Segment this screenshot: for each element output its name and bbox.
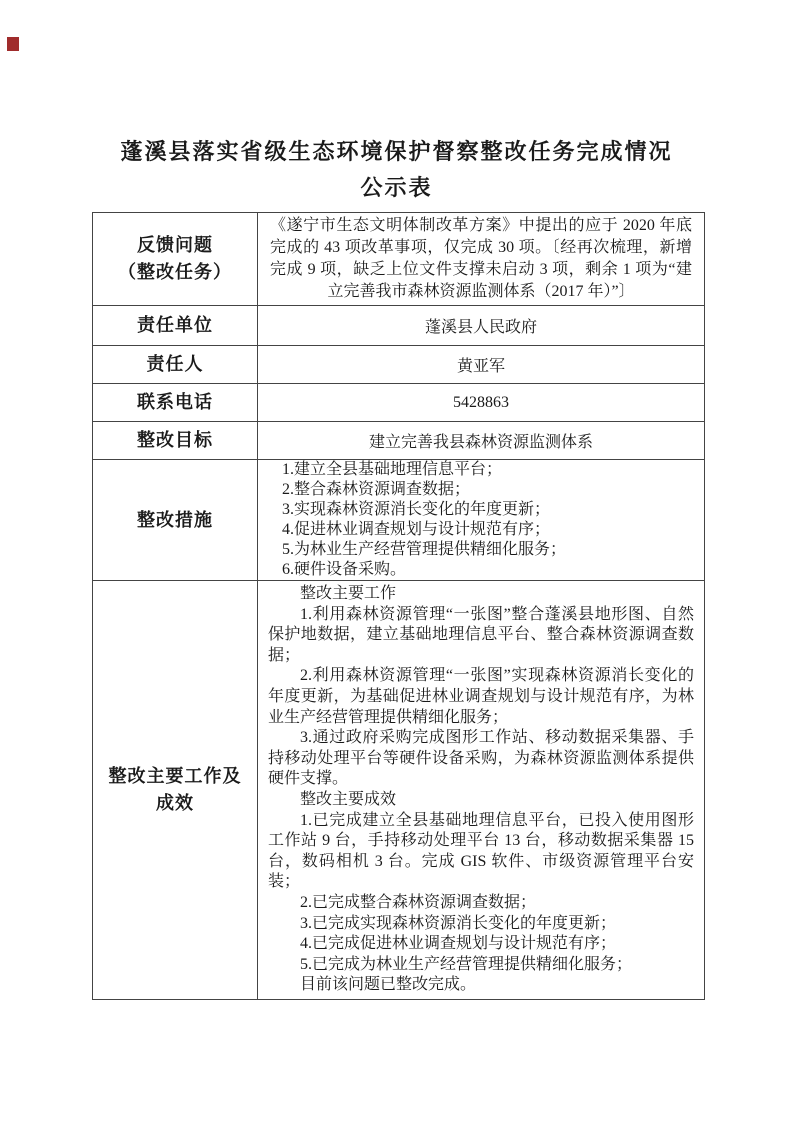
main-work-value-cell: 整改主要工作 1.利用森林资源管理“一张图”整合蓬溪县地形图、自然保护地数据，建… [258, 581, 705, 1000]
row-label: 成效 [93, 790, 257, 817]
list-item: 2.整合森林资源调查数据； [282, 480, 696, 500]
page-title: 蓬溪县落实省级生态环境保护督察整改任务完成情况 公示表 [0, 134, 793, 206]
list-item: 4.促进林业调查规划与设计规范有序； [282, 520, 696, 540]
rectification-measures-value-cell: 1.建立全县基础地理信息平台； 2.整合森林资源调查数据； 3.实现森林资源消长… [258, 460, 705, 581]
rectification-status-table: 反馈问题 （整改任务） 《遂宁市生态文明体制改革方案》中提出的应于 2020 年… [92, 212, 705, 1000]
paragraph: 目前该问题已整改完成。 [268, 975, 694, 996]
responsible-unit-value-cell: 蓬溪县人民政府 [258, 306, 705, 346]
table-row-rectification-measures: 整改措施 1.建立全县基础地理信息平台； 2.整合森林资源调查数据； 3.实现森… [93, 460, 705, 581]
row-label: 反馈问题 [93, 232, 257, 259]
feedback-issue-label-cell: 反馈问题 （整改任务） [93, 213, 258, 306]
page-title-line1: 蓬溪县落实省级生态环境保护督察整改任务完成情况 [120, 139, 672, 164]
table-row-rectification-goal: 整改目标 建立完善我县森林资源监测体系 [93, 422, 705, 460]
responsible-person-value-cell: 黄亚军 [258, 346, 705, 384]
responsible-unit-label-cell: 责任单位 [93, 306, 258, 346]
main-work-label-cell: 整改主要工作及 成效 [93, 581, 258, 1000]
paragraph: 3.通过政府采购完成图形工作站、移动数据采集器、手持移动处理平台等硬件设备采购，… [268, 728, 694, 790]
paragraph: 3.已完成实现森林资源消长变化的年度更新； [268, 914, 694, 935]
rectification-measures-label-cell: 整改措施 [93, 460, 258, 581]
rectification-goal-label-cell: 整改目标 [93, 422, 258, 460]
table-row-responsible-person: 责任人 黄亚军 [93, 346, 705, 384]
table-row-contact-phone: 联系电话 5428863 [93, 384, 705, 422]
row-label: 整改主要工作及 [93, 763, 257, 790]
paragraph: 1.利用森林资源管理“一张图”整合蓬溪县地形图、自然保护地数据，建立基础地理信息… [268, 605, 694, 667]
rectification-goal-value-cell: 建立完善我县森林资源监测体系 [258, 422, 705, 460]
table-row-feedback-issue: 反馈问题 （整改任务） 《遂宁市生态文明体制改革方案》中提出的应于 2020 年… [93, 213, 705, 306]
contact-phone-value-cell: 5428863 [258, 384, 705, 422]
list-item: 3.实现森林资源消长变化的年度更新； [282, 500, 696, 520]
paragraph: 整改主要成效 [268, 790, 694, 811]
paragraph: 4.已完成促进林业调查规划与设计规范有序； [268, 934, 694, 955]
paragraph: 5.已完成为林业生产经营管理提供精细化服务； [268, 955, 694, 976]
paragraph: 2.已完成整合森林资源调查数据； [268, 893, 694, 914]
feedback-issue-value-cell: 《遂宁市生态文明体制改革方案》中提出的应于 2020 年底完成的 43 项改革事… [258, 213, 705, 306]
list-item: 6.硬件设备采购。 [282, 560, 696, 580]
contact-phone-label-cell: 联系电话 [93, 384, 258, 422]
table-row-main-work-and-results: 整改主要工作及 成效 整改主要工作 1.利用森林资源管理“一张图”整合蓬溪县地形… [93, 581, 705, 1000]
paragraph: 2.利用森林资源管理“一张图”实现森林资源消长变化的年度更新，为基础促进林业调查… [268, 666, 694, 728]
row-label: （整改任务） [93, 259, 257, 286]
table-row-responsible-unit: 责任单位 蓬溪县人民政府 [93, 306, 705, 346]
page-title-line2: 公示表 [360, 175, 432, 200]
list-item: 5.为林业生产经营管理提供精细化服务； [282, 540, 696, 560]
paragraph: 整改主要工作 [268, 584, 694, 605]
responsible-person-label-cell: 责任人 [93, 346, 258, 384]
document-page: 蓬溪县落实省级生态环境保护督察整改任务完成情况 公示表 反馈问题 （整改任务） … [0, 0, 793, 1122]
red-annotation-mark [7, 37, 19, 51]
list-item: 1.建立全县基础地理信息平台； [282, 460, 696, 480]
paragraph: 1.已完成建立全县基础地理信息平台，已投入使用图形工作站 9 台，手持移动处理平… [268, 811, 694, 893]
